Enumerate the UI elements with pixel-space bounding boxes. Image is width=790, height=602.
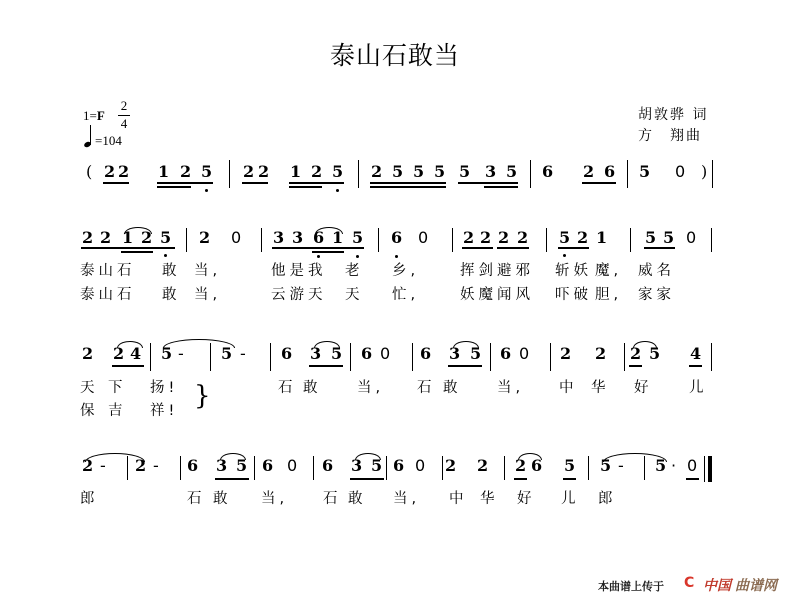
underline (312, 251, 344, 253)
lyric-verse-1: 石 (323, 487, 342, 508)
underline (112, 365, 144, 367)
note: 3 (273, 229, 284, 247)
lyric-verse-1: 当, (497, 376, 524, 397)
underline (458, 182, 518, 184)
note: 6 (361, 345, 372, 363)
note: 6 (322, 457, 333, 475)
underline (121, 251, 153, 253)
note: 3 (292, 229, 303, 247)
underline (370, 182, 446, 184)
underline (448, 365, 482, 367)
note: 6 (420, 345, 431, 363)
lyric-verse-1: 儿 (689, 376, 708, 397)
lyric-verse-1: 中 (449, 487, 468, 508)
barline (229, 160, 230, 188)
site-logo-text-2[interactable]: 曲谱网 (735, 575, 777, 595)
upload-text: 本曲谱上传于 (598, 578, 664, 594)
barline (186, 228, 187, 252)
note: 6 (604, 163, 615, 181)
barline (261, 228, 262, 252)
lyric-verse-2: 家家 (638, 283, 675, 304)
underline (215, 478, 249, 480)
underline (157, 182, 213, 184)
underline (81, 247, 175, 249)
underline (462, 247, 493, 249)
underline (272, 247, 364, 249)
barline (442, 456, 443, 480)
slur (518, 453, 542, 460)
note: 3 (485, 163, 496, 181)
slur (315, 227, 343, 234)
repeat-paren: ( (86, 163, 92, 181)
lyric-verse-1: 当, (194, 259, 221, 280)
note: 6 (281, 345, 292, 363)
lyric-verse-2: 吓破 (555, 283, 592, 304)
note: 6 (393, 457, 404, 475)
time-sig-numerator: 2 (118, 98, 130, 114)
note: 2 (199, 229, 210, 247)
note: 5 (645, 229, 656, 247)
barline (378, 228, 379, 252)
barline (630, 228, 631, 252)
lyric-verse-1: 天 (80, 376, 99, 397)
slur (117, 341, 143, 348)
barline (711, 228, 712, 252)
quarter-note-icon (83, 141, 91, 148)
note: 2 (100, 229, 111, 247)
note: 2 (258, 163, 269, 181)
note: 2 (583, 163, 594, 181)
low-octave-dot (395, 255, 398, 258)
barline (530, 160, 531, 188)
barline (627, 160, 628, 188)
lyric-verse-1: 敢 (303, 376, 322, 397)
slur (355, 453, 381, 460)
note: 2 (180, 163, 191, 181)
underline (350, 478, 384, 480)
lyric-verse-1: 魔, (595, 259, 622, 280)
lyric-verse-2: 吉 (108, 399, 127, 420)
lyric-verse-1: 郎 (80, 487, 99, 508)
barline (270, 343, 271, 371)
note: 5 (392, 163, 403, 181)
lyric-verse-1: 敢 (348, 487, 367, 508)
underline (644, 247, 675, 249)
note: 5 (352, 229, 363, 247)
rest-symbol: 0 (287, 457, 297, 475)
lyric-verse-1: 好 (634, 376, 653, 397)
lyric-verse-1: 他是我 (271, 259, 327, 280)
note: 2 (477, 457, 488, 475)
barline (254, 456, 255, 480)
barline (624, 343, 625, 371)
note: 2 (480, 229, 491, 247)
lyric-verse-1: 老 (345, 259, 364, 280)
lyric-verse-1: 当, (261, 487, 288, 508)
note: 1 (290, 163, 301, 181)
underline (629, 365, 642, 367)
barline (712, 160, 713, 188)
key-signature: 1=F (83, 108, 105, 124)
lyric-verse-1: 扬! (150, 376, 178, 397)
lyric-verse-1: 当, (357, 376, 384, 397)
lyric-verse-1: 好 (517, 487, 536, 508)
lyric-verse-1: 下 (108, 376, 127, 397)
note: 5 (459, 163, 470, 181)
final-barline-thick (708, 456, 712, 482)
slur (314, 341, 340, 348)
lyric-verse-1: 乡, (392, 259, 419, 280)
underline (563, 478, 576, 480)
lyricist-credit: 胡敦骅 词 (638, 104, 708, 124)
tie (163, 339, 235, 348)
underline (686, 478, 699, 480)
lyric-verse-2: 泰山石 (80, 283, 136, 304)
note: 5 (506, 163, 517, 181)
note: 2 (560, 345, 571, 363)
barline (180, 456, 181, 480)
lyric-verse-1: 敢 (162, 259, 181, 280)
note: 5 (160, 229, 171, 247)
slur (124, 227, 152, 234)
note: 2 (311, 163, 322, 181)
underline (582, 182, 616, 184)
underline (309, 365, 343, 367)
note: 2 (82, 229, 93, 247)
note: 5 (663, 229, 674, 247)
barline (150, 343, 151, 371)
slur (633, 341, 657, 348)
lyric-verse-2: 妖魔闻风 (460, 283, 534, 304)
barline (490, 343, 491, 371)
note: 5 (201, 163, 212, 181)
underline (157, 186, 191, 188)
note: 5 (413, 163, 424, 181)
note: 2 (243, 163, 254, 181)
underline (289, 182, 344, 184)
repeat-paren: ) (701, 163, 707, 181)
low-octave-dot (205, 189, 208, 192)
lyric-verse-2: 忙, (392, 283, 419, 304)
rest-symbol: 0 (415, 457, 425, 475)
lyric-verse-2: 云游天 (271, 283, 327, 304)
barline (358, 160, 359, 188)
barline (127, 456, 128, 480)
barline (546, 228, 547, 252)
note: 2 (445, 457, 456, 475)
low-octave-dot (356, 255, 359, 258)
lyric-verse-1: 华 (591, 376, 610, 397)
rest-symbol: 0 (687, 457, 697, 475)
note: 1 (596, 229, 607, 247)
rest-symbol: 0 (686, 229, 696, 247)
note: 5 (332, 163, 343, 181)
song-title: 泰山石敢当 (0, 36, 790, 72)
note: 5 (564, 457, 575, 475)
lyric-verse-1: 石 (278, 376, 297, 397)
underline (484, 186, 518, 188)
rest-symbol: 0 (519, 345, 529, 363)
underline (103, 182, 129, 184)
barline (711, 343, 712, 371)
note: 2 (118, 163, 129, 181)
low-octave-dot (563, 254, 566, 257)
slur (453, 341, 479, 348)
underline (689, 365, 702, 367)
lyric-verse-2: 保 (80, 399, 99, 420)
lyric-verse-1: 石 (417, 376, 436, 397)
time-sig-denominator: 4 (118, 116, 130, 132)
note: 6 (500, 345, 511, 363)
lyric-verse-1: 郎 (598, 487, 617, 508)
lyric-verse-1: 石 (187, 487, 206, 508)
note: 2 (577, 229, 588, 247)
final-barline-thin (704, 456, 705, 482)
note: 6 (187, 457, 198, 475)
note: 4 (690, 345, 701, 363)
tempo-marking: =104 (95, 133, 122, 149)
underline (289, 186, 322, 188)
lyric-verse-1: 中 (559, 376, 578, 397)
note: 2 (104, 163, 115, 181)
underline (558, 247, 589, 249)
note: 2 (82, 345, 93, 363)
barline (412, 343, 413, 371)
lyric-verse-1: 华 (480, 487, 499, 508)
composer-credit: 方 翔曲 (638, 125, 702, 145)
lyric-verse-2: 胆, (595, 283, 622, 304)
rest-symbol: 0 (418, 229, 428, 247)
note: 2 (498, 229, 509, 247)
lyric-verse-1: 敢 (213, 487, 232, 508)
rest-symbol: 0 (380, 345, 390, 363)
key-note: F (97, 108, 105, 123)
barline (452, 228, 453, 252)
lyric-verse-2: 当, (194, 283, 221, 304)
note: 1 (158, 163, 169, 181)
barline (644, 456, 645, 480)
barline (588, 456, 589, 480)
note: 5 (639, 163, 650, 181)
note: 2 (595, 345, 606, 363)
site-logo-icon: C (684, 575, 694, 591)
barline (210, 343, 211, 371)
rest-symbol: - (153, 457, 159, 475)
underline (242, 182, 268, 184)
lyric-verse-1: 泰山石 (80, 259, 136, 280)
lyric-verse-1: 当, (393, 487, 420, 508)
barline (313, 456, 314, 480)
lyric-verse-2: 祥! (150, 399, 178, 420)
barline (550, 343, 551, 371)
note: 2 (517, 229, 528, 247)
note: 5 (559, 229, 570, 247)
lyric-verse-1: 威名 (638, 259, 675, 280)
note: 6 (391, 229, 402, 247)
low-octave-dot (317, 255, 320, 258)
key-prefix: 1= (83, 108, 97, 123)
rest-symbol: · (671, 457, 676, 475)
site-logo-text-1[interactable]: 中国 (703, 575, 731, 595)
lyric-verse-1: 儿 (561, 487, 580, 508)
lyric-verse-1: 斩妖 (555, 259, 592, 280)
note: 6 (542, 163, 553, 181)
underline (514, 478, 527, 480)
note: 6 (262, 457, 273, 475)
barline (350, 343, 351, 371)
rest-symbol: 0 (675, 163, 685, 181)
rest-symbol: - (240, 345, 246, 363)
rest-symbol: 0 (231, 229, 241, 247)
lyric-verse-2: 天 (345, 283, 364, 304)
barline (504, 456, 505, 480)
slur (220, 453, 246, 460)
tie (85, 453, 145, 462)
low-octave-dot (336, 189, 339, 192)
underline (497, 247, 529, 249)
lyric-verse-2: 敢 (162, 283, 181, 304)
lyric-verse-1: 挥剑避邪 (460, 259, 534, 280)
note: 5 (434, 163, 445, 181)
note: 2 (371, 163, 382, 181)
note: 2 (463, 229, 474, 247)
lyric-verse-1: 敢 (443, 376, 462, 397)
lyric-brace: } (194, 381, 211, 411)
underline (370, 186, 446, 188)
tie (603, 453, 667, 462)
barline (386, 456, 387, 480)
low-octave-dot (164, 254, 167, 257)
